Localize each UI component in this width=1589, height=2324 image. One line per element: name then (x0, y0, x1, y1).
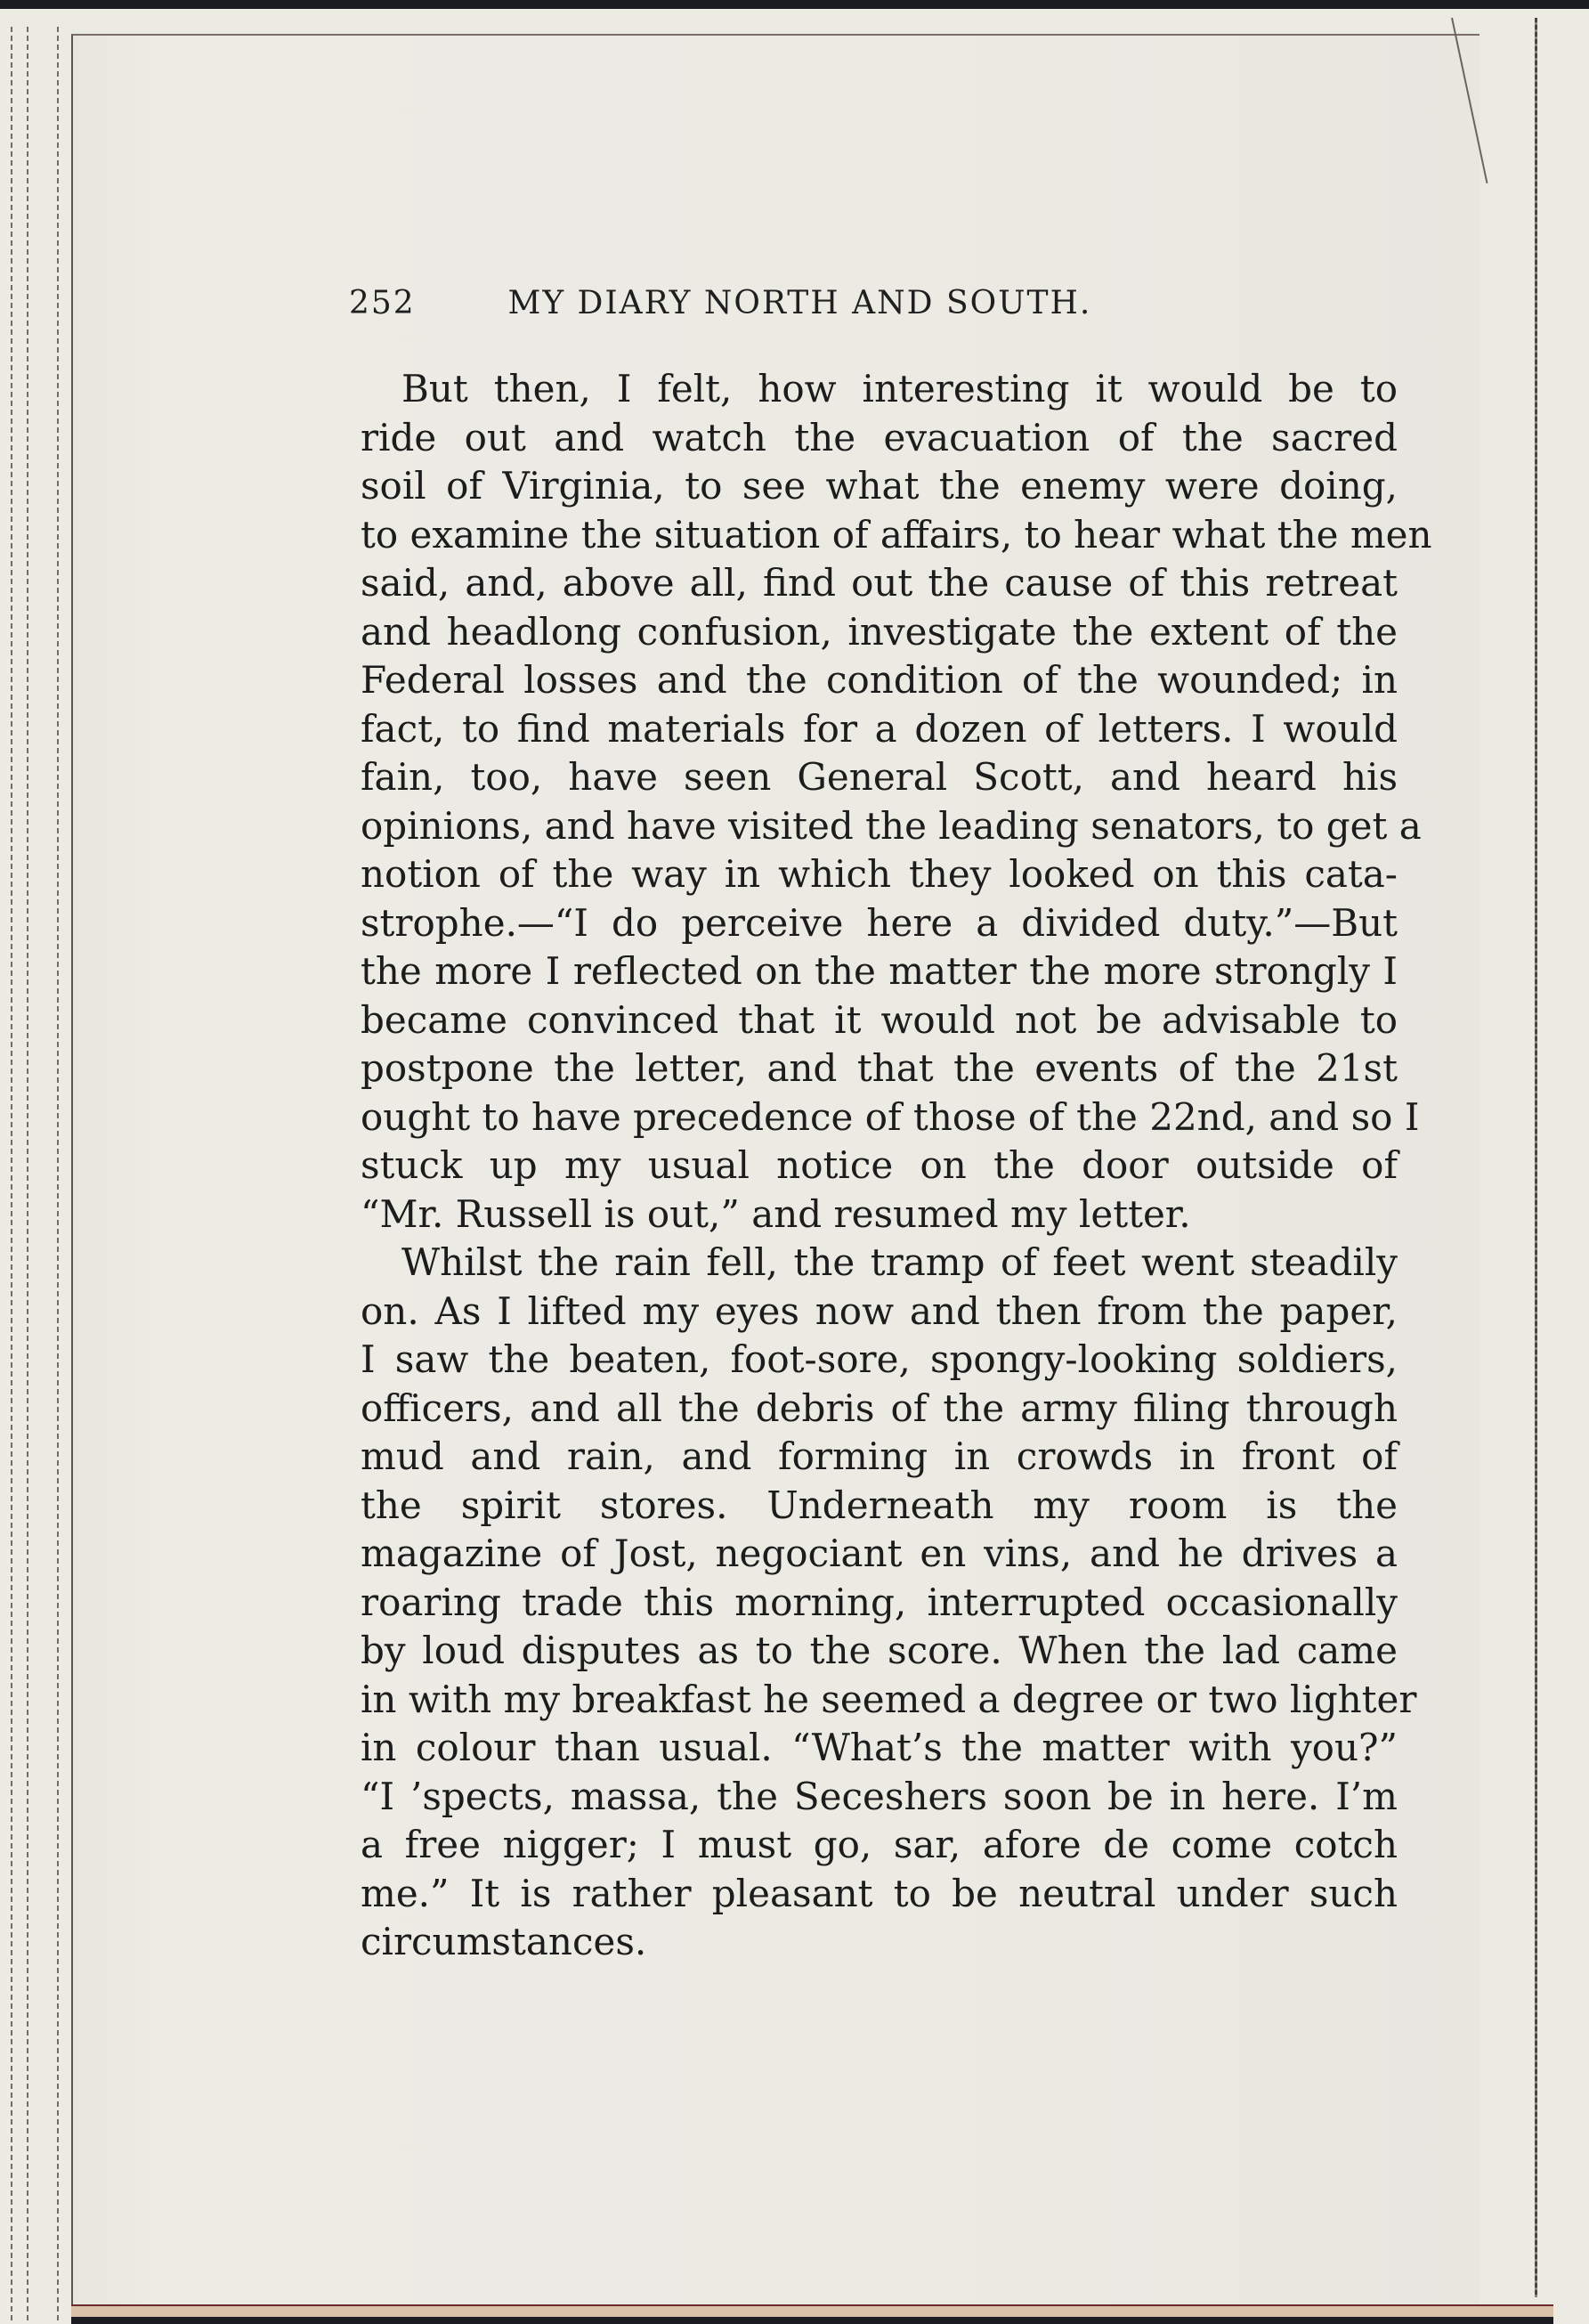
text-line: soil of Virginia, to see what the enemy … (361, 462, 1398, 511)
text-line: the more I reflected on the matter the m… (361, 947, 1398, 996)
text-line: magazine of Jost, negociant en vins, and… (361, 1530, 1398, 1579)
text-line: notion of the way in which they looked o… (361, 850, 1398, 899)
text-line: by loud disputes as to the score. When t… (361, 1627, 1398, 1676)
text-line: circumstances. (361, 1918, 1398, 1967)
text-line: me.” It is rather pleasant to be neutral… (361, 1870, 1398, 1919)
book-scan: 252 MY DIARY NORTH AND SOUTH. But then, … (0, 0, 1589, 2324)
text-line: mud and rain, and forming in crowds in f… (361, 1433, 1398, 1482)
text-line: ought to have precedence of those of the… (361, 1093, 1398, 1142)
text-line: in with my breakfast he seemed a degree … (361, 1676, 1398, 1725)
text-line: fact, to find materials for a dozen of l… (361, 705, 1398, 754)
text-line: “Mr. Russell is out,” and resumed my let… (361, 1190, 1398, 1239)
text-line: roaring trade this morning, interrupted … (361, 1579, 1398, 1628)
text-line: stuck up my usual notice on the door out… (361, 1142, 1398, 1190)
text-line: officers, and all the debris of the army… (361, 1385, 1398, 1434)
text-line: Whilst the rain fell, the tramp of feet … (361, 1239, 1398, 1288)
running-title: MY DIARY NORTH AND SOUTH. (507, 285, 1091, 321)
text-line: the spirit stores. Underneath my room is… (361, 1482, 1398, 1531)
text-line: to examine the situation of affairs, to … (361, 511, 1398, 560)
text-line: opinions, and have visited the leading s… (361, 802, 1398, 851)
text-line: strophe.—“I do perceive here a divided d… (361, 899, 1398, 948)
text-line: Federal losses and the condition of the … (361, 656, 1398, 705)
page-number: 252 (349, 285, 496, 321)
text-line: on. As I lifted my eyes now and then fro… (361, 1288, 1398, 1337)
paragraph: Whilst the rain fell, the tramp of feet … (361, 1239, 1398, 1967)
page-stack-edge (57, 27, 59, 2324)
text-line: ride out and watch the evacuation of the… (361, 414, 1398, 463)
page-stack-edge (27, 27, 28, 2324)
text-line: said, and, above all, find out the cause… (361, 559, 1398, 608)
text-line: a free nigger; I must go, sar, afore de … (361, 1821, 1398, 1870)
text-line: and headlong confusion, investigate the … (361, 608, 1398, 657)
scan-background-top (0, 0, 1589, 9)
text-line: I saw the beaten, foot-sore, spongy-look… (361, 1336, 1398, 1385)
book-right-edge (1535, 18, 1537, 2297)
text-line: in colour than usual. “What’s the matter… (361, 1724, 1398, 1773)
running-head: 252 MY DIARY NORTH AND SOUTH. (349, 285, 1417, 321)
page-stack-edge (11, 27, 12, 2324)
text-line: But then, I felt, how interesting it wou… (361, 365, 1398, 414)
text-line: “I ’spects, massa, the Seceshers soon be… (361, 1773, 1398, 1822)
text-line: became convinced that it would not be ad… (361, 996, 1398, 1045)
text-line: postpone the letter, and that the events… (361, 1044, 1398, 1093)
book-bottom-edge (71, 2304, 1553, 2324)
paragraph: But then, I felt, how interesting it wou… (361, 365, 1398, 1239)
body-text: But then, I felt, how interesting it wou… (361, 365, 1398, 1967)
text-line: fain, too, have seen General Scott, and … (361, 753, 1398, 802)
